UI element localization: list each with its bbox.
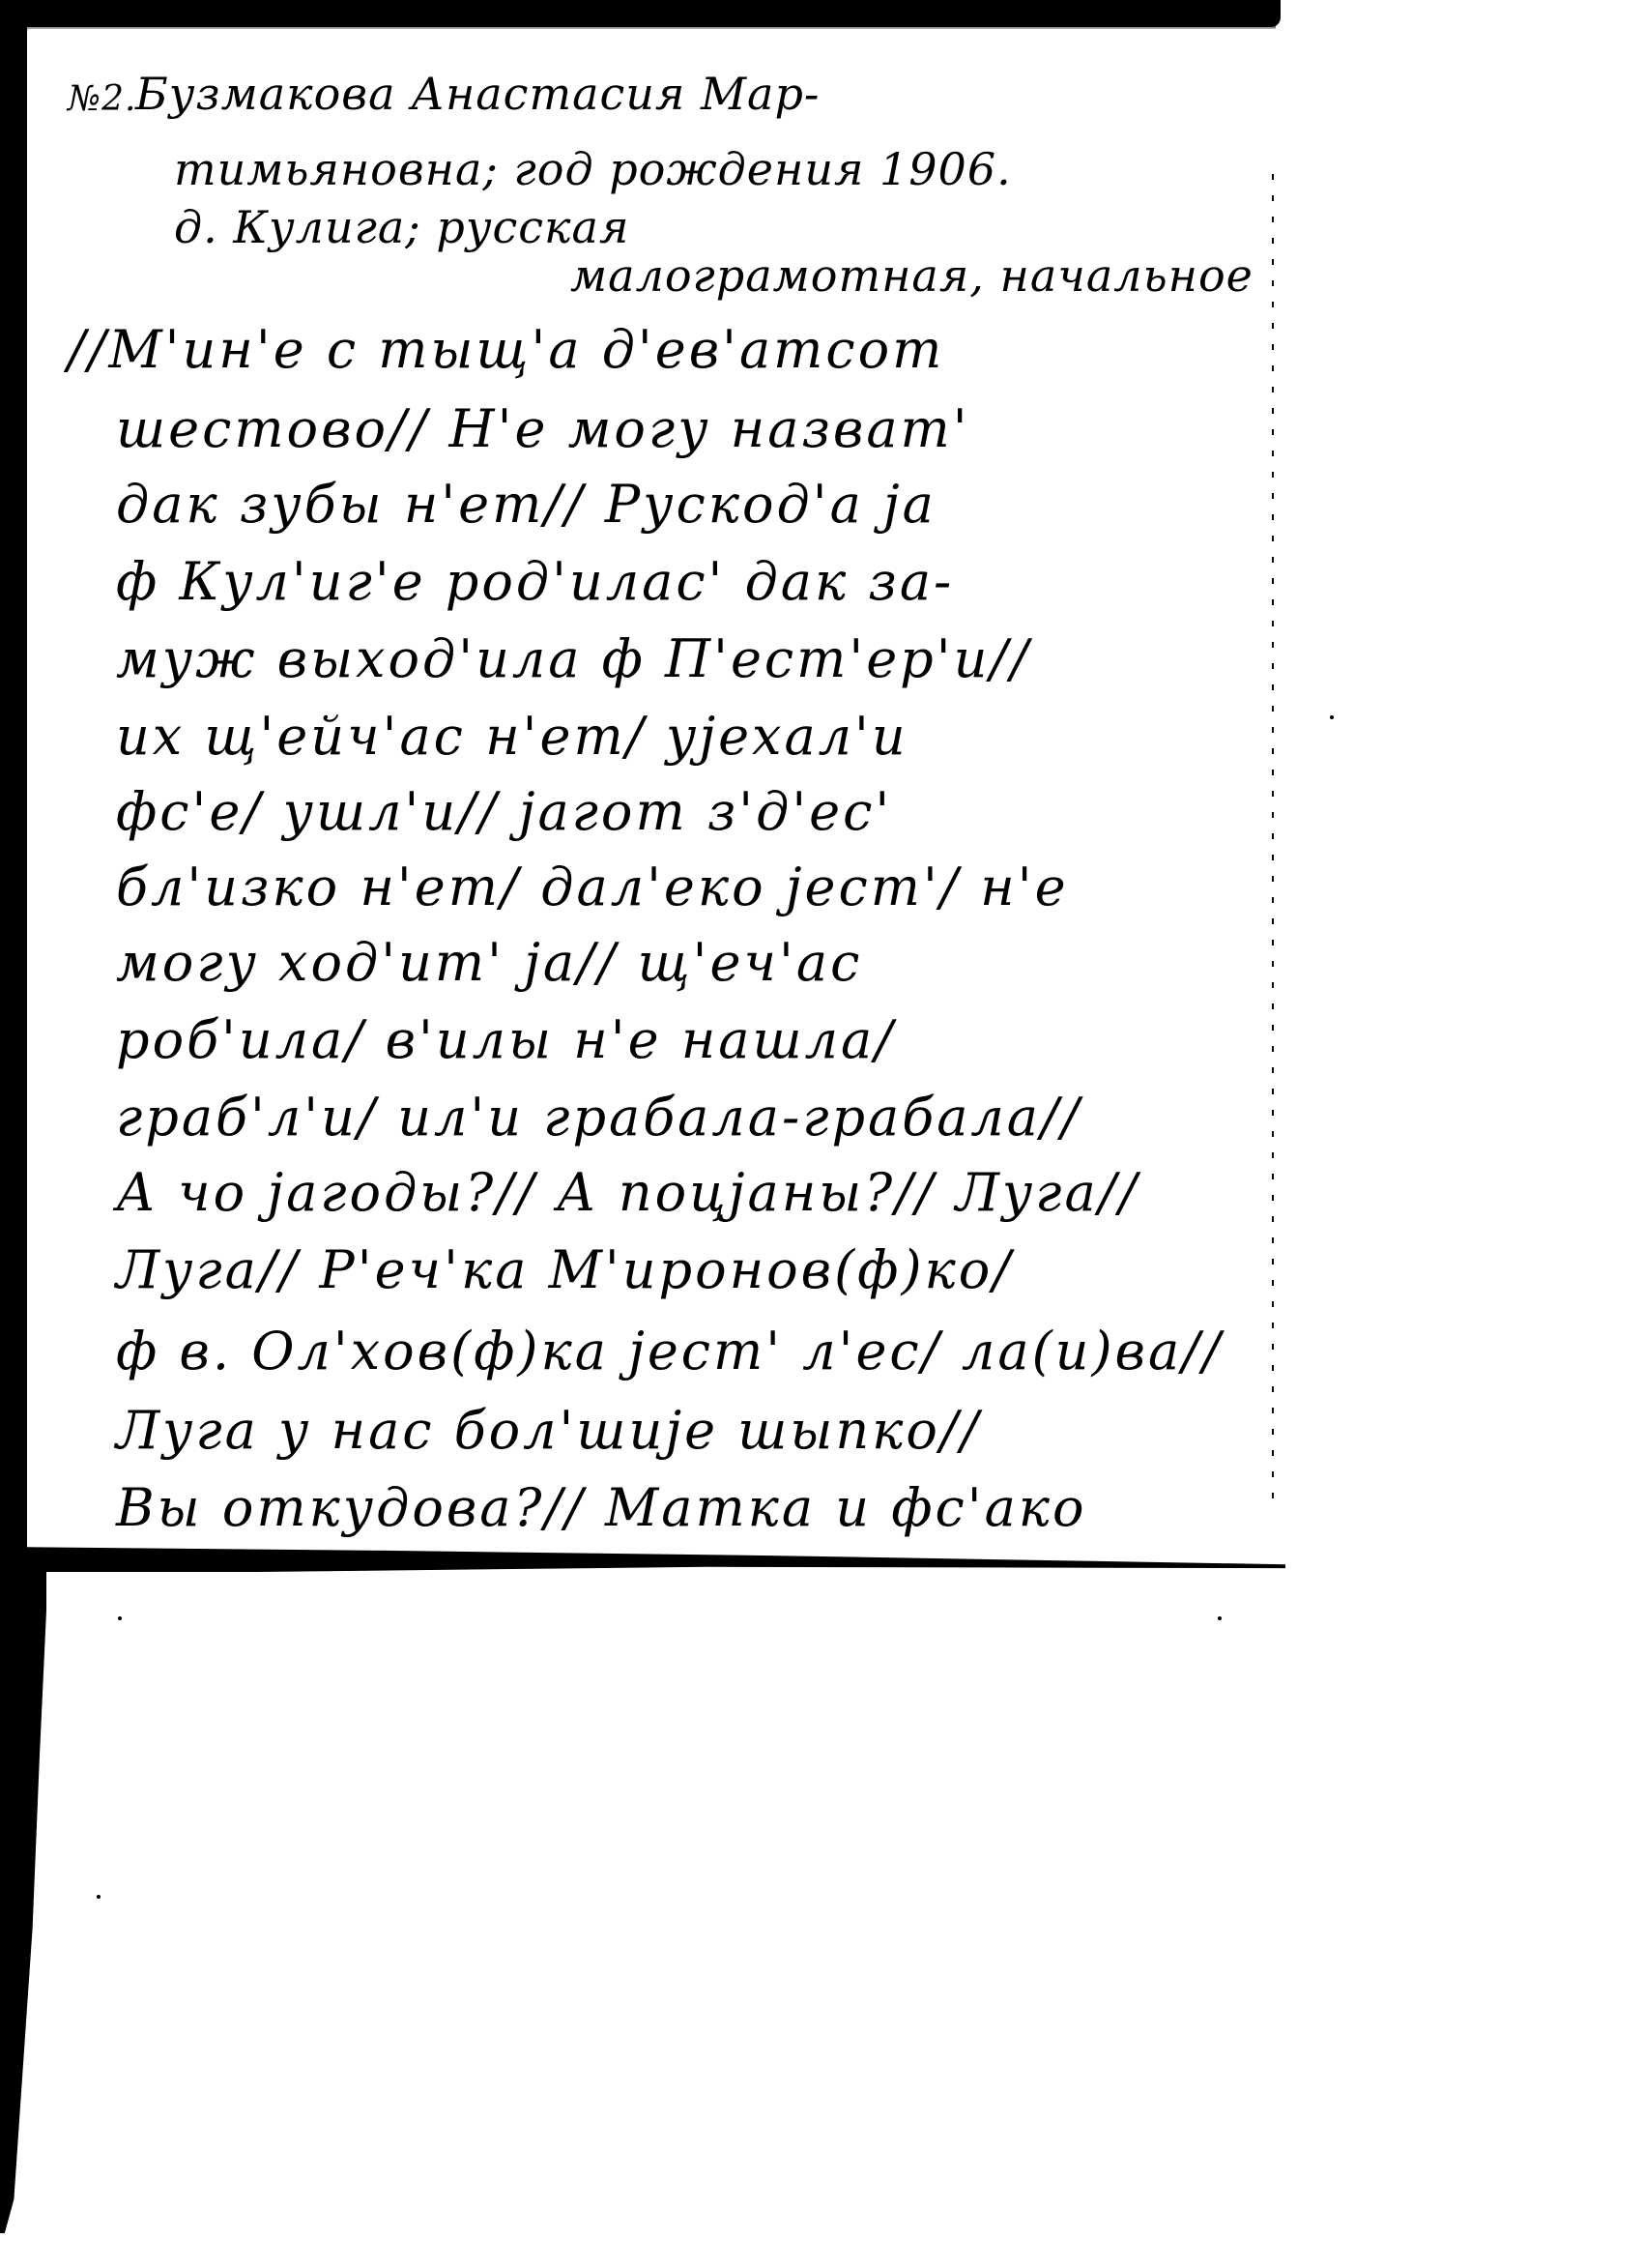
scan-speck <box>97 1895 101 1899</box>
transcript-line: Луга// Р'еч'ка М'иронов(ф)ко/ <box>116 1239 1013 1300</box>
informant-village-line: д. Кулига; русская <box>174 201 629 253</box>
informant-education-line: малограмотная, начальное <box>570 249 1254 302</box>
transcript-line: А чо јагоды?// А поцјаны?// Луга// <box>116 1162 1139 1223</box>
informant-birth-line: тимьяновна; год рождения 1906. <box>174 143 1012 195</box>
card-right-edge <box>1272 174 1274 1508</box>
scan-left-border <box>0 0 27 1566</box>
transcript-line: их щ'ейч'ас н'ет/ ујехал'и <box>116 706 908 767</box>
transcript-line: Вы откудова?// Матка и фс'ако <box>116 1477 1087 1538</box>
transcript-line: муж выход'ила ф П'ест'ер'и// <box>116 628 1031 689</box>
scan-speck <box>1330 715 1334 719</box>
scan-bottom-shadow <box>0 1547 1285 1572</box>
transcript-line: //М'ин'е с тыщ'а д'ев'атсот <box>68 319 944 380</box>
scan-speck <box>1218 1616 1222 1620</box>
transcript-line: ф в. Ол'хов(ф)ка јест' л'ес/ ла(и)ва// <box>116 1321 1224 1381</box>
scan-speck <box>118 1616 122 1620</box>
transcript-line: шестово// Н'е могу назват' <box>116 398 970 459</box>
transcript-line: роб'ила/ в'илы н'е нашла/ <box>116 1009 895 1070</box>
informant-name-line: Бузмакова Анастасия Мар- <box>135 68 820 120</box>
transcript-line: ф Кул'иг'е род'илас' дак за- <box>116 551 954 612</box>
card-number: №2. <box>68 79 136 119</box>
transcript-line: могу ход'ит' ја// щ'еч'ас <box>116 932 862 993</box>
transcript-line: граб'л'и/ ил'и грабала-грабала// <box>116 1087 1081 1148</box>
transcript-line: фс'е/ ушл'и// јагот з'д'ес' <box>116 781 892 842</box>
scan-left-border-lower <box>0 1556 46 2233</box>
document-card: №2. Бузмакова Анастасия Мар- тимьяновна;… <box>29 29 1276 1549</box>
transcript-line: дак зубы н'ет// Рускод'а ја <box>116 474 937 535</box>
transcript-line: бл'изко н'ет/ дал'еко јест'/ н'е <box>116 857 1069 917</box>
transcript-line: Луга у нас бол'шије шыпко// <box>116 1400 981 1461</box>
